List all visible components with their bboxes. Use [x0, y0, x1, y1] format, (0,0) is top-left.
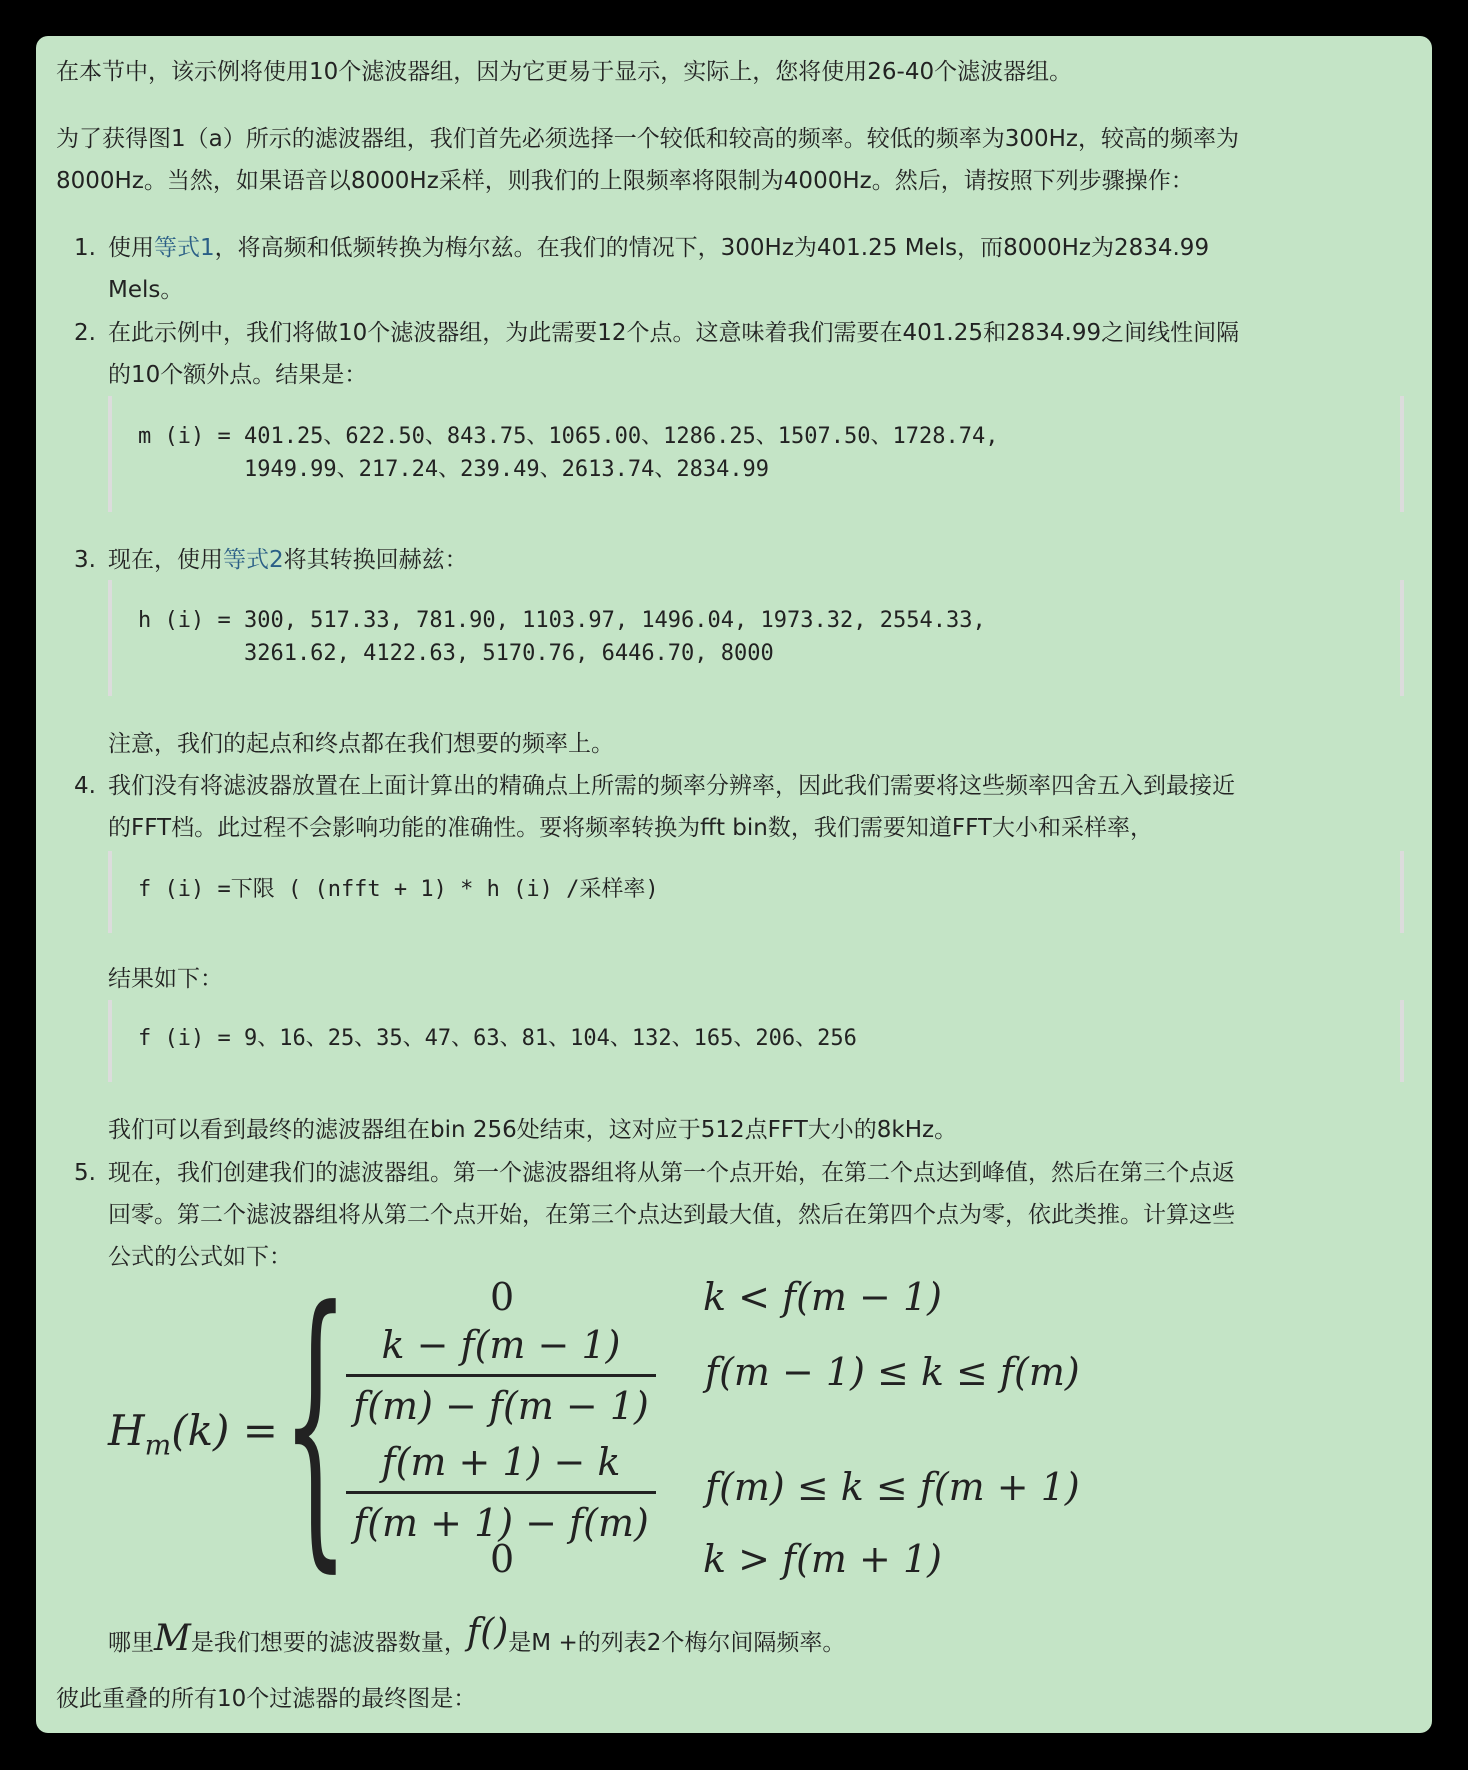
step-1-line1: 使用等式1，将高频和低频转换为梅尔兹。在我们的情况下，300Hz为401.25 … — [108, 227, 1209, 269]
step-4-line1: 我们没有将滤波器放置在上面计算出的精确点上所需的频率分辨率，因此我们需要将这些频… — [108, 765, 1235, 807]
code-block-mels: m (i) = 401.25、622.50、843.75、1065.00、128… — [108, 396, 1404, 512]
code-block-hertz: h (i) = 300, 517.33, 781.90, 1103.97, 14… — [108, 580, 1404, 696]
para2-line2: 8000Hz。当然，如果语音以8000Hz采样，则我们的上限频率将限制为4000… — [56, 160, 1194, 202]
step-1-line2: Mels。 — [108, 269, 183, 311]
step-3-note: 注意，我们的起点和终点都在我们想要的频率上。 — [108, 723, 614, 765]
case-1-value: 0 — [490, 1275, 514, 1319]
case-2-fraction: k − f(m − 1)f(m) − f(m − 1) — [346, 1320, 656, 1431]
step-5-line3: 公式的公式如下： — [108, 1236, 292, 1278]
step-3-number: 3. — [74, 539, 96, 581]
case-4-value: 0 — [490, 1537, 514, 1581]
equation-2-link[interactable]: 等式2 — [223, 547, 284, 573]
step-2-line1: 在此示例中，我们将做10个滤波器组，为此需要12个点。这意味着我们需要在401.… — [108, 312, 1239, 354]
step-4-line2: 的FFT档。此过程不会影响功能的准确性。要将频率转换为fft bin数，我们需要… — [108, 807, 1153, 849]
step-2-number: 2. — [74, 312, 96, 354]
step-2-line2: 的10个额外点。结果是： — [108, 354, 367, 396]
case-3-fraction: f(m + 1) − kf(m + 1) − f(m) — [346, 1437, 656, 1548]
step-4-number: 4. — [74, 765, 96, 807]
formula-explanation: 哪里M是我们想要的滤波器数量，f()是M +的列表2个梅尔间隔频率。 — [108, 1612, 845, 1664]
step-4-result-label: 结果如下： — [108, 958, 223, 1000]
intro-paragraph: 在本节中，该示例将使用10个滤波器组，因为它更易于显示，实际上，您将使用26-4… — [56, 51, 1072, 93]
equation-1-link[interactable]: 等式1 — [154, 235, 215, 261]
case-1-condition: k < f(m − 1) — [703, 1275, 942, 1319]
step-5-line1: 现在，我们创建我们的滤波器组。第一个滤波器组将从第一个点开始，在第二个点达到峰值… — [108, 1152, 1235, 1194]
code-block-formula: f (i) =下限 ( (nfft + 1) * h (i) /采样率) — [108, 851, 1404, 933]
case-4-condition: k > f(m + 1) — [703, 1537, 942, 1581]
step-1-number: 1. — [74, 227, 96, 269]
step-5-number: 5. — [74, 1152, 96, 1194]
step-4-note: 我们可以看到最终的滤波器组在bin 256处结束，这对应于512点FFT大小的8… — [108, 1109, 957, 1151]
case-2-condition: f(m − 1) ≤ k ≤ f(m) — [705, 1350, 1080, 1394]
code-block-bins: f (i) = 9、16、25、35、47、63、81、104、132、165、… — [108, 1000, 1404, 1082]
left-brace: { — [282, 1268, 349, 1578]
para2-line1: 为了获得图1（a）所示的滤波器组，我们首先必须选择一个较低和较高的频率。较低的频… — [56, 118, 1239, 160]
closing-paragraph: 彼此重叠的所有10个过滤器的最终图是： — [56, 1678, 476, 1720]
case-3-condition: f(m) ≤ k ≤ f(m + 1) — [705, 1465, 1080, 1509]
step-5-line2: 回零。第二个滤波器组将从第二个点开始，在第三个点达到最大值，然后在第四个点为零，… — [108, 1194, 1235, 1236]
step-3-line1: 现在，使用等式2将其转换回赫兹： — [108, 539, 468, 581]
formula-lhs: Hm(k) = — [108, 1406, 278, 1461]
